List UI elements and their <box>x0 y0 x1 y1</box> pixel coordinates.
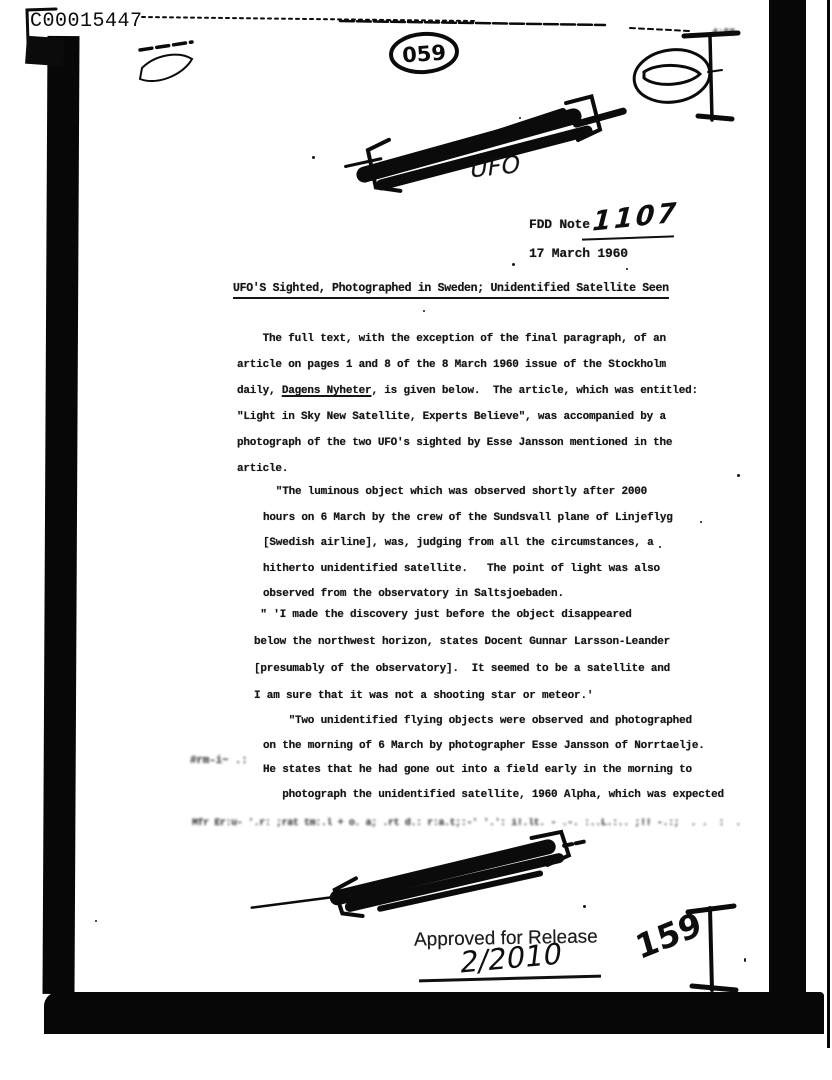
corner-mark-smudge: 4:56 <box>712 28 735 39</box>
circled-number-text: 059 <box>401 40 446 67</box>
ink-scribble-top-left <box>128 34 218 94</box>
ufo-handwriting: UFO <box>468 150 522 184</box>
release-date-underline <box>419 975 601 983</box>
redaction-scribble-top <box>338 90 633 205</box>
scan-speck <box>95 920 97 922</box>
scan-speck <box>423 310 425 312</box>
scan-speck <box>659 546 661 548</box>
paragraph-intro: The full text, with the exception of the… <box>237 326 698 482</box>
document-date: 17 March 1960 <box>529 246 628 261</box>
scan-border-left <box>42 36 79 994</box>
registry-mark-bottom-right <box>678 898 748 998</box>
paragraph-quote-2: " 'I made the discovery just before the … <box>254 602 670 710</box>
paragraph-quote-1: "The luminous object which was observed … <box>263 480 673 608</box>
scan-speck <box>519 117 521 119</box>
scan-border-right <box>769 0 806 1012</box>
document-id: C00015447 <box>30 10 143 33</box>
scan-speck <box>737 474 740 477</box>
paragraph-quote-3: "Two unidentified flying objects were ob… <box>263 709 724 807</box>
scan-speck <box>312 156 315 159</box>
strikeout-smudge: #rm-i~ .: <box>190 755 248 767</box>
scan-speck <box>744 958 746 962</box>
circled-number-annotation: 059 <box>384 26 474 82</box>
scanned-document-page: C00015447 059 4:56 UFO <box>0 0 832 1080</box>
scan-speck <box>626 268 628 270</box>
document-title: UFO'S Sighted, Photographed in Sweden; U… <box>233 282 669 299</box>
scan-speck <box>700 521 702 523</box>
registry-mark-top-right <box>628 24 763 134</box>
redaction-scribble-bottom <box>248 840 593 920</box>
note-label: FDD Note <box>529 217 590 232</box>
scan-edge-line <box>827 0 830 1048</box>
scan-speck <box>512 263 515 266</box>
scan-speck <box>583 905 586 908</box>
scan-border-bottom <box>44 992 824 1034</box>
illegible-footer-line: Mfr Er:u- '.r: ;rat tm:.l + o. a; .rt d.… <box>192 818 748 829</box>
